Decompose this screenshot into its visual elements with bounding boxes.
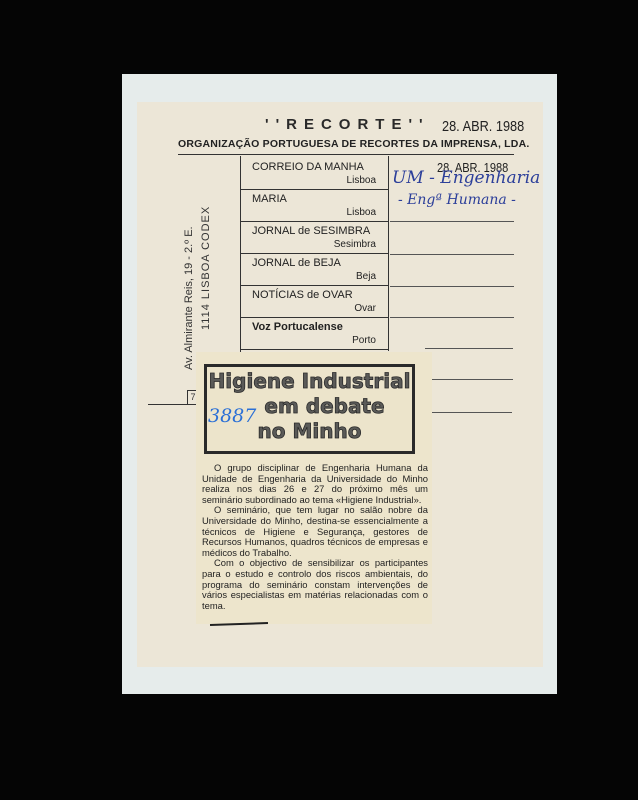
publication-city: Lisboa — [347, 175, 376, 186]
publication-city: Ovar — [354, 303, 376, 314]
note-line — [425, 379, 513, 380]
table-mid-rule — [388, 156, 389, 351]
publication-row: JORNAL de SESIMBRA Sesimbra — [240, 222, 388, 254]
publication-name: Voz Portucalense — [252, 321, 343, 333]
header-rule — [178, 154, 514, 155]
article-paragraph: Com o objectivo de sensibilizar os parti… — [202, 558, 428, 611]
publication-name: MARIA — [252, 193, 287, 205]
clip-number: 3887 — [208, 405, 256, 427]
note-line — [425, 348, 513, 349]
article-paragraph: O seminário, que tem lugar no salão nobr… — [202, 505, 428, 558]
publication-name: JORNAL de BEJA — [252, 257, 341, 269]
address-line-1: Av. Almirante Reis, 19 - 2.º E. — [183, 226, 195, 370]
publication-city: Beja — [356, 271, 376, 282]
publication-name: NOTÍCIAS de OVAR — [252, 289, 353, 301]
note-line — [390, 221, 514, 222]
handwritten-note-1: UM - Engenharia — [392, 168, 540, 188]
publication-name: CORREIO DA MANHA — [252, 161, 364, 173]
publication-row: MARIA Lisboa — [240, 190, 388, 222]
organization-name: ORGANIZAÇÃO PORTUGUESA DE RECORTES DA IM… — [178, 138, 529, 150]
article-paragraph: O grupo disciplinar de Engenharia Humana… — [202, 463, 428, 505]
left-margin-rule — [148, 404, 198, 405]
publication-row: NOTÍCIAS de OVAR Ovar — [240, 286, 388, 318]
note-line — [390, 286, 514, 287]
headline-line-1: Higiene Industrial — [207, 369, 412, 394]
publication-name: JORNAL de SESIMBRA — [252, 225, 370, 237]
form-title: ''RECORTE'' — [265, 116, 430, 133]
note-line — [430, 412, 512, 413]
header-date-stamp: 28. ABR. 1988 — [442, 118, 524, 135]
publication-city: Porto — [352, 335, 376, 346]
address-line-2: 1114 LISBOA CODEX — [200, 206, 212, 330]
publication-row: CORREIO DA MANHA Lisboa — [240, 158, 388, 190]
note-line — [390, 317, 514, 318]
publication-city: Lisboa — [347, 207, 376, 218]
article-body: O grupo disciplinar de Engenharia Humana… — [202, 463, 428, 611]
note-line — [390, 254, 514, 255]
publication-row: Voz Portucalense Porto — [240, 318, 388, 350]
handwritten-note-2: - Engª Humana - — [398, 192, 516, 208]
publication-city: Sesimbra — [334, 239, 376, 250]
publication-row: JORNAL de BEJA Beja — [240, 254, 388, 286]
